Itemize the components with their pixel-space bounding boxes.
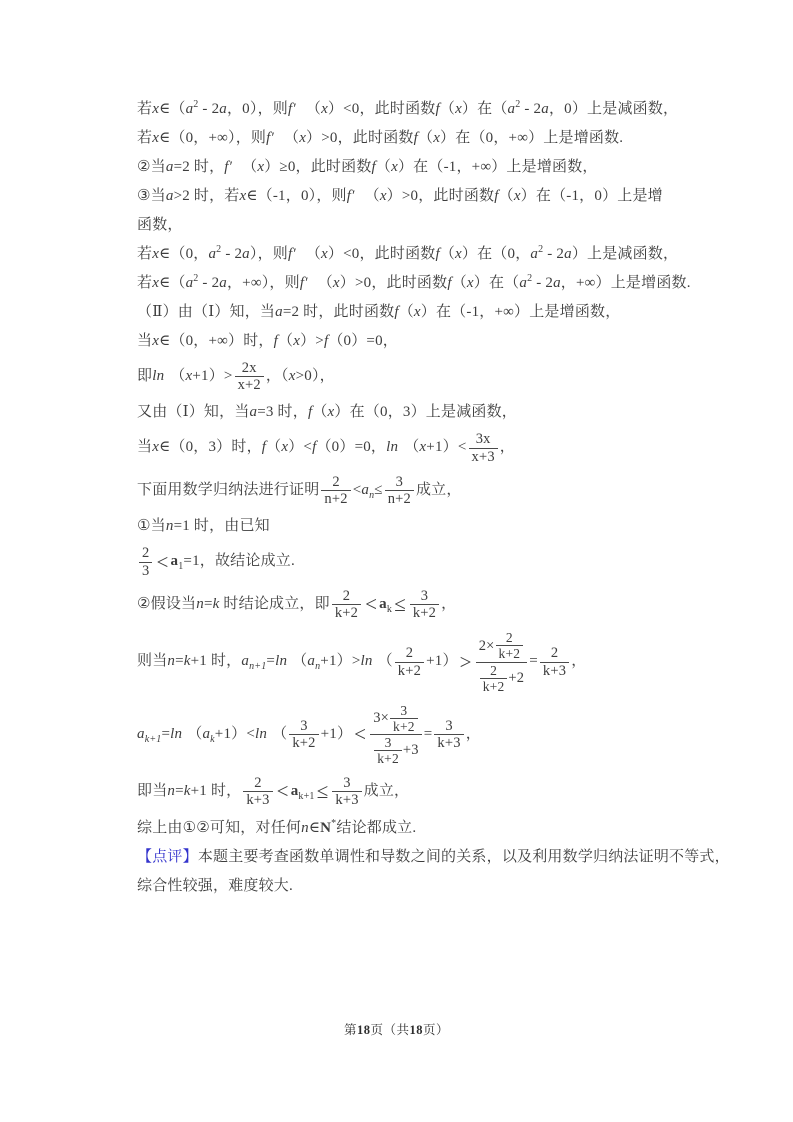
fraction: 23 (139, 545, 152, 578)
text-run: x (289, 368, 296, 384)
line-07-case3-increasing: 若x∈（a2 - 2a，+∞），则f′（x）>0，此时函数f（x）在（a2 - … (137, 273, 777, 293)
text-run: 时结论成立，即 (219, 596, 329, 612)
text-run: ②当 (137, 159, 166, 175)
text-run: 成立， (364, 783, 410, 799)
spacer (308, 286, 318, 287)
text-run: ）>0，此时函数 (306, 130, 414, 146)
text-run: k+2 (292, 735, 315, 751)
text-run: 3 (445, 718, 452, 734)
text-run: = (175, 654, 184, 670)
text-run: 若 (137, 275, 152, 291)
page-footer: 第18页（共18页） (0, 1020, 793, 1038)
text-run: k+2 (335, 605, 358, 621)
fraction-numerator: 3 (393, 474, 406, 490)
text-run: 【点评】 (137, 849, 198, 865)
text-run: x (321, 246, 328, 262)
text-run: ）在（-1，+∞）上是增函数， (421, 304, 621, 320)
subscript: k+1 (298, 791, 314, 802)
text-run: ）在（0， (462, 246, 531, 262)
fraction: 2k+2 (332, 588, 361, 621)
fraction: 3k+3 (332, 775, 361, 808)
text-run: ，0）上是减函数， (549, 101, 678, 117)
fraction: 3k+2 (390, 703, 418, 734)
text-run: f′ (300, 275, 308, 291)
text-run: a (241, 654, 249, 670)
fraction: 3n+2 (385, 474, 414, 507)
text-run: 即当 (137, 783, 167, 799)
text-run: ）上是减函数， (572, 246, 678, 262)
text-run: ①当 (137, 518, 166, 534)
text-run: k+2 (499, 646, 521, 661)
line-12-ln-inequality-3x: 当x∈（0，3）时，f（x）<f（0）=0，ln（x+1）<3xx+3， (137, 431, 777, 464)
text-run: x (467, 275, 474, 291)
text-run: ）> (300, 333, 324, 349)
text-run: 若 (137, 101, 152, 117)
text-run: ≤ (374, 482, 382, 498)
text-run: ln (255, 726, 267, 742)
math-operator: < (277, 779, 289, 803)
text-run: ）<0，此时函数 (328, 246, 436, 262)
text-run: ，0），则 (227, 101, 288, 117)
line-01-case1-decreasing: 若x∈（a2 - 2a，0），则f′（x）<0，此时函数f（x）在（a2 - 2… (137, 99, 777, 119)
text-run: ∈（ (159, 275, 186, 291)
text-run: n (166, 518, 174, 534)
text-run: >2 时，若 (174, 188, 240, 204)
fraction-numerator: 3 (397, 703, 410, 718)
text-run: ∈ (309, 820, 320, 836)
text-run: a (361, 482, 369, 498)
text-run: 2x (242, 360, 257, 376)
text-run: n (196, 596, 204, 612)
fraction-numerator: 3×3k+2 (370, 703, 422, 734)
spacer (274, 141, 284, 142)
text-run: 2 (332, 474, 339, 490)
text-run: = (162, 726, 171, 742)
text-run: = (266, 654, 275, 670)
text-run: ln (361, 654, 373, 670)
text-run: 页） (423, 1023, 449, 1037)
text-run: +1） (426, 654, 458, 670)
text-run: 综合性较强，难度较大. (137, 878, 293, 894)
line-21-comment-part1: 【点评】本题主要考查函数单调性和导数之间的关系，以及利用数学归纳法证明不等式， (137, 847, 777, 867)
text-run: （ (376, 159, 391, 175)
math-operator: < (354, 722, 366, 746)
text-run: （Ⅱ）由（Ⅰ）知，当 (137, 304, 275, 320)
text-run: （ (312, 404, 327, 420)
text-run: ）<0，此时函数 (328, 101, 436, 117)
text-run: 3 (421, 588, 428, 604)
text-run: 2 (406, 645, 413, 661)
text-run: ②假设当 (137, 596, 196, 612)
text-run: （ (418, 130, 433, 146)
text-run: ）在（ (462, 101, 508, 117)
text-run: k+2 (413, 605, 436, 621)
text-run: （ (440, 101, 455, 117)
fraction: 2k+3 (243, 775, 272, 808)
fraction-numerator: 3x (473, 431, 494, 447)
text-run: ， (571, 654, 586, 670)
text-run: k+2 (483, 679, 505, 694)
fraction-numerator: 2×2k+2 (476, 630, 528, 661)
text-run: x (333, 275, 340, 291)
fraction-denominator: k+2 (332, 604, 361, 621)
line-02-case1-increasing: 若x∈（0，+∞），则f′（x）>0，此时函数f（x）在（0，+∞）上是增函数. (137, 128, 777, 148)
text-run: k+3 (335, 792, 358, 808)
line-03-case2: ②当a=2 时，f′（x）≥0，此时函数f（x）在（-1，+∞）上是增函数， (137, 157, 777, 177)
text-run: n (167, 654, 175, 670)
text-run: = (175, 783, 184, 799)
line-13-induction-goal: 下面用数学归纳法进行证明2n+2<an≤3n+2成立， (137, 474, 777, 507)
fraction-numerator: 2 (503, 630, 516, 645)
fraction: 2xx+2 (235, 360, 264, 393)
text-run: （ (266, 440, 281, 456)
text-run: a (219, 275, 227, 291)
text-run: n+2 (388, 491, 411, 507)
text-run: 综上由①②可知，对任何 (137, 820, 301, 836)
text-run: 3 (396, 474, 403, 490)
fraction-denominator: k+3 (434, 734, 463, 751)
text-run: +1）< (215, 726, 255, 742)
fraction-denominator: n+2 (385, 490, 414, 507)
fraction-numerator: 3 (340, 775, 353, 791)
text-run: 若 (137, 246, 152, 262)
text-run: ∈（0，+∞）时， (159, 333, 274, 349)
line-17-induction-step-lower: 则当n=k+1 时，an+1=ln（an+1）>ln（2k+2+1）>2×2k+… (137, 630, 777, 693)
text-run: f′ (288, 101, 296, 117)
fraction: 3×3k+23k+2+3 (370, 703, 422, 766)
text-run: （ (170, 368, 185, 384)
text-run: ，（ (266, 368, 289, 384)
fraction-numerator: 2x (239, 360, 260, 376)
line-22-comment-part2: 综合性较强，难度较大. (137, 876, 777, 896)
text-run: ），则 (250, 246, 288, 262)
text-run: ∈（ (159, 101, 186, 117)
text-run: a (307, 654, 315, 670)
text-run: 3 (142, 563, 149, 579)
fraction-denominator: k+3 (540, 662, 569, 679)
fraction: 2n+2 (321, 474, 350, 507)
subscript: k+1 (145, 734, 162, 745)
text-run: +1 时， (191, 783, 242, 799)
text-run: x (321, 101, 328, 117)
text-run: ）在（ (474, 275, 520, 291)
text-run: k (184, 783, 191, 799)
text-run: =2 时，此时函数 (283, 304, 395, 320)
text-run: x (455, 246, 462, 262)
text-run: = (424, 726, 433, 742)
text-run: （ (452, 275, 467, 291)
text-run: 3× (373, 710, 389, 726)
text-run: （ (284, 130, 299, 146)
text-run: （ (306, 246, 321, 262)
line-20-final-conclusion: 综上由①②可知，对任何n∈N*结论都成立. (137, 818, 777, 838)
line-06-case3-decreasing: 若x∈（0，a2 - 2a），则f′（x）<0，此时函数f（x）在（0，a2 -… (137, 244, 777, 264)
text-run: 函数， (137, 217, 183, 233)
text-run: （ (399, 304, 414, 320)
text-run: 3x (476, 431, 491, 447)
text-run: x (391, 159, 398, 175)
text-run: f′ (288, 246, 296, 262)
fraction-numerator: 2 (329, 474, 342, 490)
text-run: （0）=0， (328, 333, 398, 349)
text-run: k+2 (393, 719, 415, 734)
fraction: 3xx+3 (469, 431, 498, 464)
text-run: 2 (506, 630, 513, 645)
fraction-denominator: 3k+2+3 (370, 734, 422, 766)
fraction-denominator: x+3 (469, 448, 498, 465)
text-run: = (204, 596, 213, 612)
text-run: >0）， (296, 368, 335, 384)
fraction-denominator: x+2 (235, 376, 264, 393)
text-run: 则当 (137, 654, 167, 670)
subscript: n+1 (249, 662, 266, 673)
text-run: f′ (224, 159, 232, 175)
text-run: = (529, 654, 538, 670)
text-run: 3 (385, 735, 392, 750)
text-run: （ (278, 333, 293, 349)
fraction-numerator: 2 (251, 775, 264, 791)
text-run: +1） (321, 726, 353, 742)
text-run: a (219, 101, 227, 117)
fraction: 2k+2 (496, 630, 524, 661)
line-14-base-case: ①当n=1 时，由已知 (137, 516, 777, 536)
text-run: （0）=0， (316, 440, 386, 456)
text-run: ）在（0，+∞）上是增函数. (440, 130, 623, 146)
text-run: ，+∞）上是增函数. (561, 275, 691, 291)
text-run: 结论都成立. (336, 820, 416, 836)
spacer (296, 257, 306, 258)
text-run: 2 (551, 645, 558, 661)
math-operator: ≤ (394, 592, 406, 616)
line-16-induction-hypothesis: ②假设当n=k 时结论成立，即2k+2<ak≤3k+2， (137, 588, 777, 621)
text-run: ）在（0，3）上是减函数， (334, 404, 517, 420)
text-run: （ (404, 440, 419, 456)
text-run: f′ (266, 130, 274, 146)
math-operator: > (460, 650, 472, 674)
text-run: ln (170, 726, 182, 742)
text-run: （ (440, 246, 455, 262)
text-run: a (553, 275, 561, 291)
math-operator: < (156, 550, 168, 574)
fraction-denominator: k+2 (395, 662, 424, 679)
text-run: k (184, 654, 191, 670)
page-number-label: 第18页（共18页） (344, 1020, 449, 1038)
fraction: 3k+2 (374, 735, 402, 766)
text-run: （ (292, 654, 307, 670)
text-run: 3 (400, 703, 407, 718)
text-run: n (167, 783, 175, 799)
text-run: n (301, 820, 309, 836)
text-run: 2 (343, 588, 350, 604)
text-run: =1，故结论成立. (183, 554, 295, 570)
text-run: 18 (357, 1023, 371, 1037)
text-run: （ (242, 159, 257, 175)
text-run: 若 (137, 130, 152, 146)
fraction-numerator: 2 (139, 545, 152, 561)
fraction-denominator: k+2 (289, 734, 318, 751)
fraction: 3k+2 (289, 718, 318, 751)
text-run: ，+∞），则 (227, 275, 300, 291)
text-run: 当 (137, 333, 152, 349)
text-run: 2× (479, 638, 495, 654)
text-run: 下面用数学归纳法进行证明 (137, 482, 319, 498)
text-run: x+3 (472, 449, 495, 465)
text-run: ③当 (137, 188, 166, 204)
text-run: 本题主要考查函数单调性和导数之间的关系，以及利用数学归纳法证明不等式， (198, 849, 730, 865)
fraction: 2k+2 (395, 645, 424, 678)
text-run: ， (500, 440, 515, 456)
spacer (232, 170, 242, 171)
fraction-numerator: 2 (340, 588, 353, 604)
text-run: ， (441, 596, 456, 612)
text-run: ）在（-1，0）上是增 (521, 188, 663, 204)
text-run: +1）> (192, 368, 232, 384)
text-run: =2 时， (174, 159, 225, 175)
fraction-numerator: 3 (297, 718, 310, 734)
text-run: 2 (490, 663, 497, 678)
fraction-numerator: 3 (382, 735, 395, 750)
text-run: 成立， (416, 482, 462, 498)
text-run: 18 (410, 1023, 424, 1037)
text-run: x (514, 188, 521, 204)
spacer (355, 199, 365, 200)
text-run: （ (318, 275, 333, 291)
text-run: ， (466, 726, 481, 742)
text-run: a (202, 726, 210, 742)
text-run: 第 (344, 1023, 357, 1037)
text-run: 又由（Ⅰ）知，当 (137, 404, 250, 420)
text-run: x+2 (238, 377, 261, 393)
fraction-denominator: k+2 (374, 750, 402, 766)
text-run: 即 (137, 368, 152, 384)
text-run: - 2 (198, 101, 219, 117)
text-run: k+2 (398, 663, 421, 679)
text-run: ）< (288, 440, 312, 456)
text-run: 当 (137, 440, 152, 456)
text-run: - 2 (198, 275, 219, 291)
fraction-denominator: k+3 (332, 791, 361, 808)
text-run: +1）< (426, 440, 466, 456)
text-run: ln (152, 368, 164, 384)
text-run: ）>0，此时函数 (340, 275, 448, 291)
text-run: 页（共 (370, 1023, 409, 1037)
text-run: ln (386, 440, 398, 456)
fraction-denominator: k+2 (410, 604, 439, 621)
text-run: ∈（0，3）时， (159, 440, 262, 456)
fraction-denominator: n+2 (321, 490, 350, 507)
text-run: ln (275, 654, 287, 670)
solution-text-body: 若x∈（a2 - 2a，0），则f′（x）<0，此时函数f（x）在（a2 - 2… (137, 99, 777, 905)
text-run: x (455, 101, 462, 117)
text-run: N (320, 820, 331, 836)
text-run: （ (365, 188, 380, 204)
text-run: 2 (142, 545, 149, 561)
text-run: +1 时， (191, 654, 242, 670)
spacer (296, 112, 306, 113)
fraction-denominator: k+3 (243, 791, 272, 808)
fraction-numerator: 2 (403, 645, 416, 661)
text-run: k+3 (246, 792, 269, 808)
text-run: k+3 (437, 735, 460, 751)
text-run: x (380, 188, 387, 204)
text-run: f′ (347, 188, 355, 204)
text-run: - 2 (520, 101, 541, 117)
text-run: ）在（-1，+∞）上是增函数， (398, 159, 598, 175)
text-run: 3 (300, 718, 307, 734)
line-04-case3-part1: ③当a>2 时，若x∈（-1，0），则f′（x）>0，此时函数f（x）在（-1，… (137, 186, 777, 206)
text-run: - 2 (532, 275, 553, 291)
fraction-denominator: k+2 (496, 645, 524, 661)
fraction: 2k+3 (540, 645, 569, 678)
text-run: （ (272, 726, 287, 742)
text-run: （ (306, 101, 321, 117)
text-run: a (530, 246, 538, 262)
text-run: k+2 (377, 751, 399, 766)
text-run: +2 (508, 670, 524, 686)
document-page: 若x∈（a2 - 2a，0），则f′（x）<0，此时函数f（x）在（a2 - 2… (0, 0, 793, 1122)
fraction: 3k+2 (410, 588, 439, 621)
line-08-part2-start: （Ⅱ）由（Ⅰ）知，当a=2 时，此时函数f（x）在（-1，+∞）上是增函数， (137, 302, 777, 322)
fraction: 2×2k+22k+2+2 (476, 630, 528, 693)
line-10-ln-inequality-2x: 即ln（x+1）>2xx+2，（x>0）， (137, 360, 777, 393)
text-run: a (166, 188, 174, 204)
text-run: a (242, 246, 250, 262)
text-run: - 2 (221, 246, 242, 262)
fraction: 2k+2 (480, 663, 508, 694)
text-run: ）≥0，此时函数 (264, 159, 371, 175)
text-run: ∈（0，+∞），则 (159, 130, 266, 146)
text-run: ∈（0， (159, 246, 208, 262)
text-run: 2 (254, 775, 261, 791)
text-run: a (137, 726, 145, 742)
line-05-case3-part2: 函数， (137, 215, 777, 235)
fraction: 3k+3 (434, 718, 463, 751)
fraction-numerator: 2 (548, 645, 561, 661)
fraction-numerator: 3 (442, 718, 455, 734)
line-19-step-conclusion: 即当n=k+1 时，2k+3<ak+1≤3k+3成立， (137, 775, 777, 808)
text-run: =3 时， (257, 404, 308, 420)
fraction-denominator: k+2 (390, 718, 418, 734)
math-operator: < (365, 592, 377, 616)
line-18-induction-step-upper: ak+1=ln（ak+1）<ln（3k+2+1）<3×3k+23k+2+3=3k… (137, 703, 777, 766)
math-operator: ≤ (317, 779, 329, 803)
line-11-a3-decreasing: 又由（Ⅰ）知，当a=3 时，f（x）在（0，3）上是减函数， (137, 402, 777, 422)
text-run: x (414, 304, 421, 320)
subscript: k (387, 604, 392, 615)
fraction-numerator: 3 (418, 588, 431, 604)
text-run: +1）> (320, 654, 360, 670)
text-run: （ (187, 726, 202, 742)
text-run: ）>0，此时函数 (387, 188, 495, 204)
fraction-numerator: 2 (487, 663, 500, 678)
text-run: =1 时，由已知 (174, 518, 270, 534)
text-run: a (379, 596, 387, 612)
text-run: a (519, 275, 527, 291)
text-run: 3 (343, 775, 350, 791)
text-run: k+3 (543, 663, 566, 679)
text-run: a (166, 159, 174, 175)
fraction-denominator: k+2 (480, 678, 508, 694)
text-run: a (275, 304, 283, 320)
text-run: （ (499, 188, 514, 204)
text-run: +3 (403, 742, 419, 758)
line-09-f-positive: 当x∈（0，+∞）时，f（x）>f（0）=0， (137, 331, 777, 351)
text-run: a (564, 246, 572, 262)
fraction-denominator: 3 (139, 562, 152, 579)
text-run: - 2 (543, 246, 564, 262)
fraction-denominator: 2k+2+2 (476, 662, 528, 694)
text-run: n+2 (324, 491, 347, 507)
